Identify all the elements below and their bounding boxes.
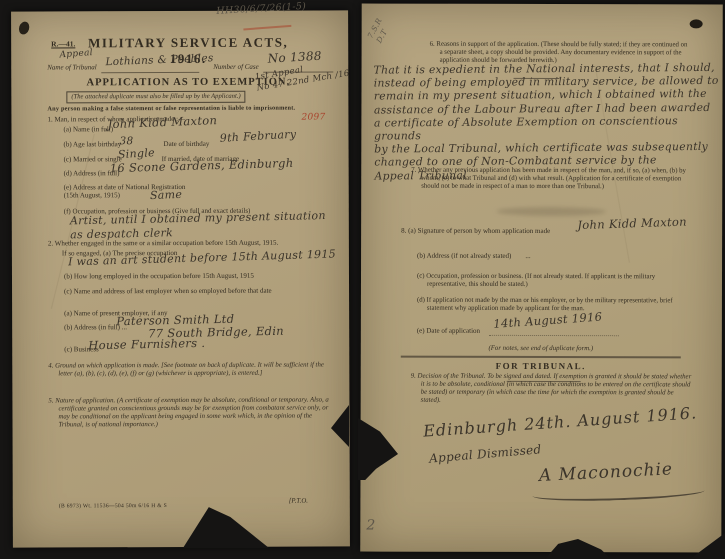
section5-text: 5. Nature of application. (A certificate…: [48, 396, 338, 430]
field-age-value: 38: [119, 135, 133, 148]
section2c-label: (c) Name and address of last employer wh…: [64, 286, 334, 295]
tribunal-divider: [401, 356, 681, 358]
section2-heading: 2. Whether engaged in the same or a simi…: [48, 238, 333, 247]
signed-dated-underline: [507, 381, 581, 382]
red-case-number: 2097: [301, 112, 325, 123]
pto-note: [P.T.O.: [289, 498, 308, 506]
section8c-label: (c) Occupation, profession or business. …: [417, 273, 685, 290]
notes-line: (For notes, see end of duplicate form.): [421, 345, 661, 354]
printer-imprint: (B 6973) Wt. 11536—504 50m 6/16 H & S: [59, 503, 167, 510]
tribunal-label: Name of Tribunal: [47, 63, 96, 72]
decision-result: Appeal Dismissed: [429, 442, 543, 466]
tribunal-signature: A Maconochie: [539, 459, 674, 487]
section8a-label: 8. (a) Signature of person by whom appli…: [401, 227, 550, 236]
corner-annotation: 7.S.R D.T: [366, 17, 393, 45]
section6-answer: That it is expedient in the National int…: [374, 61, 723, 183]
false-statement-warning: Any person making a false statement or f…: [47, 105, 322, 114]
for-tribunal-heading: FOR TRIBUNAL.: [421, 361, 661, 372]
case-label: Number of Case: [213, 63, 259, 72]
tribunal-value: Lothians & Peebles: [105, 52, 214, 69]
section8b-label: (b) Address (if not already stated) ...: [417, 252, 531, 261]
punch-hole: [690, 19, 703, 28]
section8a-value: John Kidd Maxton: [577, 215, 687, 233]
duplicate-note: (The attached duplicate must also be fil…: [66, 91, 245, 104]
application-form-page-2: 7.S.R D.T 6. Reasons in support of the a…: [360, 4, 722, 553]
field-dob-value: 9th February: [219, 128, 296, 146]
section8d-label: (d) If application not made by the man o…: [417, 297, 685, 314]
red-pencil-mark: [243, 18, 292, 30]
date-dotted-line: [489, 335, 619, 336]
document-scan: HH30/6/7/26(1-5) R.—41. MILITARY SERVICE…: [0, 0, 725, 559]
decision-place-date: Edinburgh 24th. August 1916.: [423, 403, 698, 441]
field-age-label: (b) Age last birthday: [64, 140, 122, 149]
application-form-page-1: HH30/6/7/26(1-5) R.—41. MILITARY SERVICE…: [11, 10, 350, 547]
tribunal-underline: [101, 72, 199, 73]
section3c-value: House Furnishers .: [88, 336, 205, 353]
signature-flourish: [532, 483, 704, 503]
page-number: 2: [366, 518, 375, 536]
field-occupation-value: Artist, until I obtained my present situ…: [70, 209, 326, 242]
section4-text: 4. Ground on which application is made. …: [48, 361, 338, 378]
section9-text: 9. Decision of the Tribunal. To be signe…: [411, 373, 693, 406]
field-name-value: John Kidd Maxton: [107, 113, 217, 132]
national-underline: [514, 78, 560, 79]
pencil-smudge: [496, 207, 606, 216]
ink-blot: [17, 20, 30, 35]
field-registration-value: Same: [150, 188, 183, 203]
section8e-label: (e) Date of application: [417, 327, 480, 336]
field-dob-label: Date of birthday: [164, 140, 210, 149]
section2b-label: (b) How long employed in the occupation …: [64, 271, 334, 280]
archive-reference: HH30/6/7/26(1-5): [216, 1, 306, 18]
field-name-label: (a) Name (in full): [63, 125, 113, 134]
section7-text: 7. Whether any previous application has …: [411, 167, 689, 192]
